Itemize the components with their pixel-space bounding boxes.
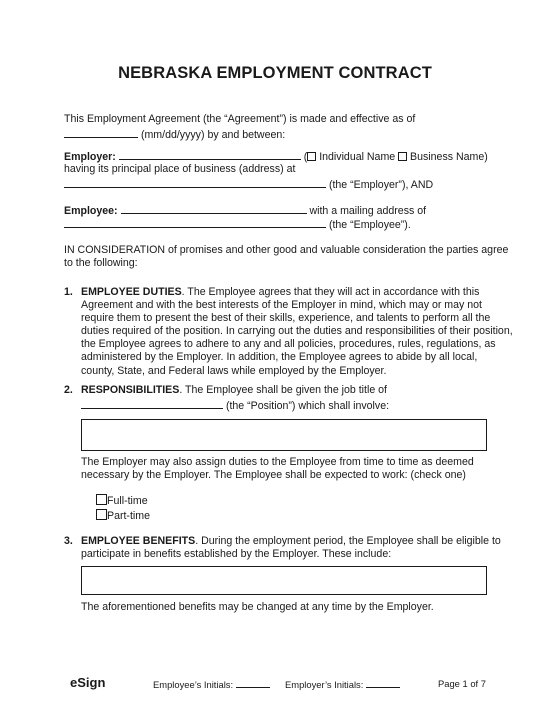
full-time-option[interactable]: Full-time <box>96 494 148 507</box>
date-format-hint: (mm/dd/yyyy) by and between: <box>138 129 285 141</box>
esign-logo: eSign <box>70 675 105 690</box>
employer-suffix: (the “Employer”), AND <box>326 179 433 191</box>
employer-address-row: (the “Employer”), AND <box>64 177 433 191</box>
employee-label: Employee: <box>64 205 118 217</box>
employer-initials-label: Employer’s Initials: <box>285 679 366 690</box>
section-1-number: 1. <box>64 286 73 298</box>
employee-initials-field[interactable] <box>236 678 270 688</box>
part-time-label: Part-time <box>107 510 150 522</box>
section-3-number: 3. <box>64 535 73 547</box>
employer-initials-field[interactable] <box>366 678 400 688</box>
section-3-body: EMPLOYEE BENEFITS. During the employment… <box>81 535 501 561</box>
section-3-heading: EMPLOYEE BENEFITS <box>81 535 195 547</box>
section-2-line-1: RESPONSIBILITIES. The Employee shall be … <box>81 384 387 396</box>
employee-suffix: (the “Employee”). <box>326 219 411 231</box>
employer-name-field[interactable] <box>119 149 301 160</box>
benefits-textbox[interactable] <box>81 566 487 595</box>
consideration-line-1: IN CONSIDERATION of promises and other g… <box>64 244 508 257</box>
employer-address-label: having its principal place of business (… <box>64 163 295 175</box>
section-2-text: . The Employee shall be given the job ti… <box>179 384 387 396</box>
section-2-after-line: necessary by the Employer. The Employee … <box>81 469 474 482</box>
section-1-line: Agreement and with the best interests of… <box>81 299 513 312</box>
employee-name-field[interactable] <box>121 203 307 214</box>
section-1-line: the Employee agrees to adhere to any and… <box>81 338 513 351</box>
effective-date-field[interactable] <box>64 127 138 138</box>
individual-name-label: Individual Name <box>316 151 398 163</box>
section-1-heading: EMPLOYEE DUTIES <box>81 286 182 298</box>
employee-initials-label: Employee’s Initials: <box>153 679 236 690</box>
employee-row: Employee: with a mailing address of <box>64 203 426 217</box>
consideration-paragraph: IN CONSIDERATION of promises and other g… <box>64 244 508 270</box>
part-time-option[interactable]: Part-time <box>96 509 150 522</box>
job-title-field[interactable] <box>81 398 223 409</box>
business-name-label: Business Name) <box>407 151 488 163</box>
section-2-after-line: The Employer may also assign duties to t… <box>81 456 474 469</box>
page-number: Page 1 of 7 <box>438 678 486 689</box>
position-suffix: (the “Position”) which shall involve: <box>223 400 389 412</box>
consideration-line-2: to the following: <box>64 257 508 270</box>
section-1-line: . The Employee agrees that they will act… <box>182 286 480 298</box>
document-title: NEBRASKA EMPLOYMENT CONTRACT <box>0 64 550 83</box>
part-time-checkbox[interactable] <box>96 509 107 520</box>
business-name-checkbox[interactable] <box>398 152 407 161</box>
employee-address-row: (the “Employee”). <box>64 217 411 231</box>
intro-line-1: This Employment Agreement (the “Agreemen… <box>64 113 415 125</box>
section-1-line: administered by the Employer. In additio… <box>81 351 513 364</box>
section-3-line: . During the employment period, the Empl… <box>195 535 501 547</box>
section-1-line: require them to present the best of thei… <box>81 312 513 325</box>
intro-line-2: (mm/dd/yyyy) by and between: <box>64 127 285 141</box>
section-2-heading: RESPONSIBILITIES <box>81 384 179 396</box>
section-2-after: The Employer may also assign duties to t… <box>81 456 474 482</box>
employer-address-field[interactable] <box>64 177 326 188</box>
employee-address-field[interactable] <box>64 217 326 228</box>
employee-initials: Employee’s Initials: <box>153 678 270 690</box>
responsibilities-textbox[interactable] <box>81 419 487 451</box>
employer-label: Employer: <box>64 151 116 163</box>
section-3-after: The aforementioned benefits may be chang… <box>81 601 434 613</box>
employer-row: Employer: ( Individual Name Business Nam… <box>64 149 488 163</box>
section-2-line-2: (the “Position”) which shall involve: <box>81 398 389 412</box>
section-1-line: county, State, and Federal laws while em… <box>81 365 513 378</box>
section-2-number: 2. <box>64 384 73 396</box>
employee-mailing-label: with a mailing address of <box>307 205 427 217</box>
section-1-line: duties required of the position. In carr… <box>81 325 513 338</box>
full-time-label: Full-time <box>107 495 148 507</box>
section-3-line: participate in benefits established by t… <box>81 548 501 561</box>
full-time-checkbox[interactable] <box>96 494 107 505</box>
section-1-body: EMPLOYEE DUTIES. The Employee agrees tha… <box>81 286 513 378</box>
employer-initials: Employer’s Initials: <box>285 678 400 690</box>
individual-name-checkbox[interactable] <box>307 152 316 161</box>
